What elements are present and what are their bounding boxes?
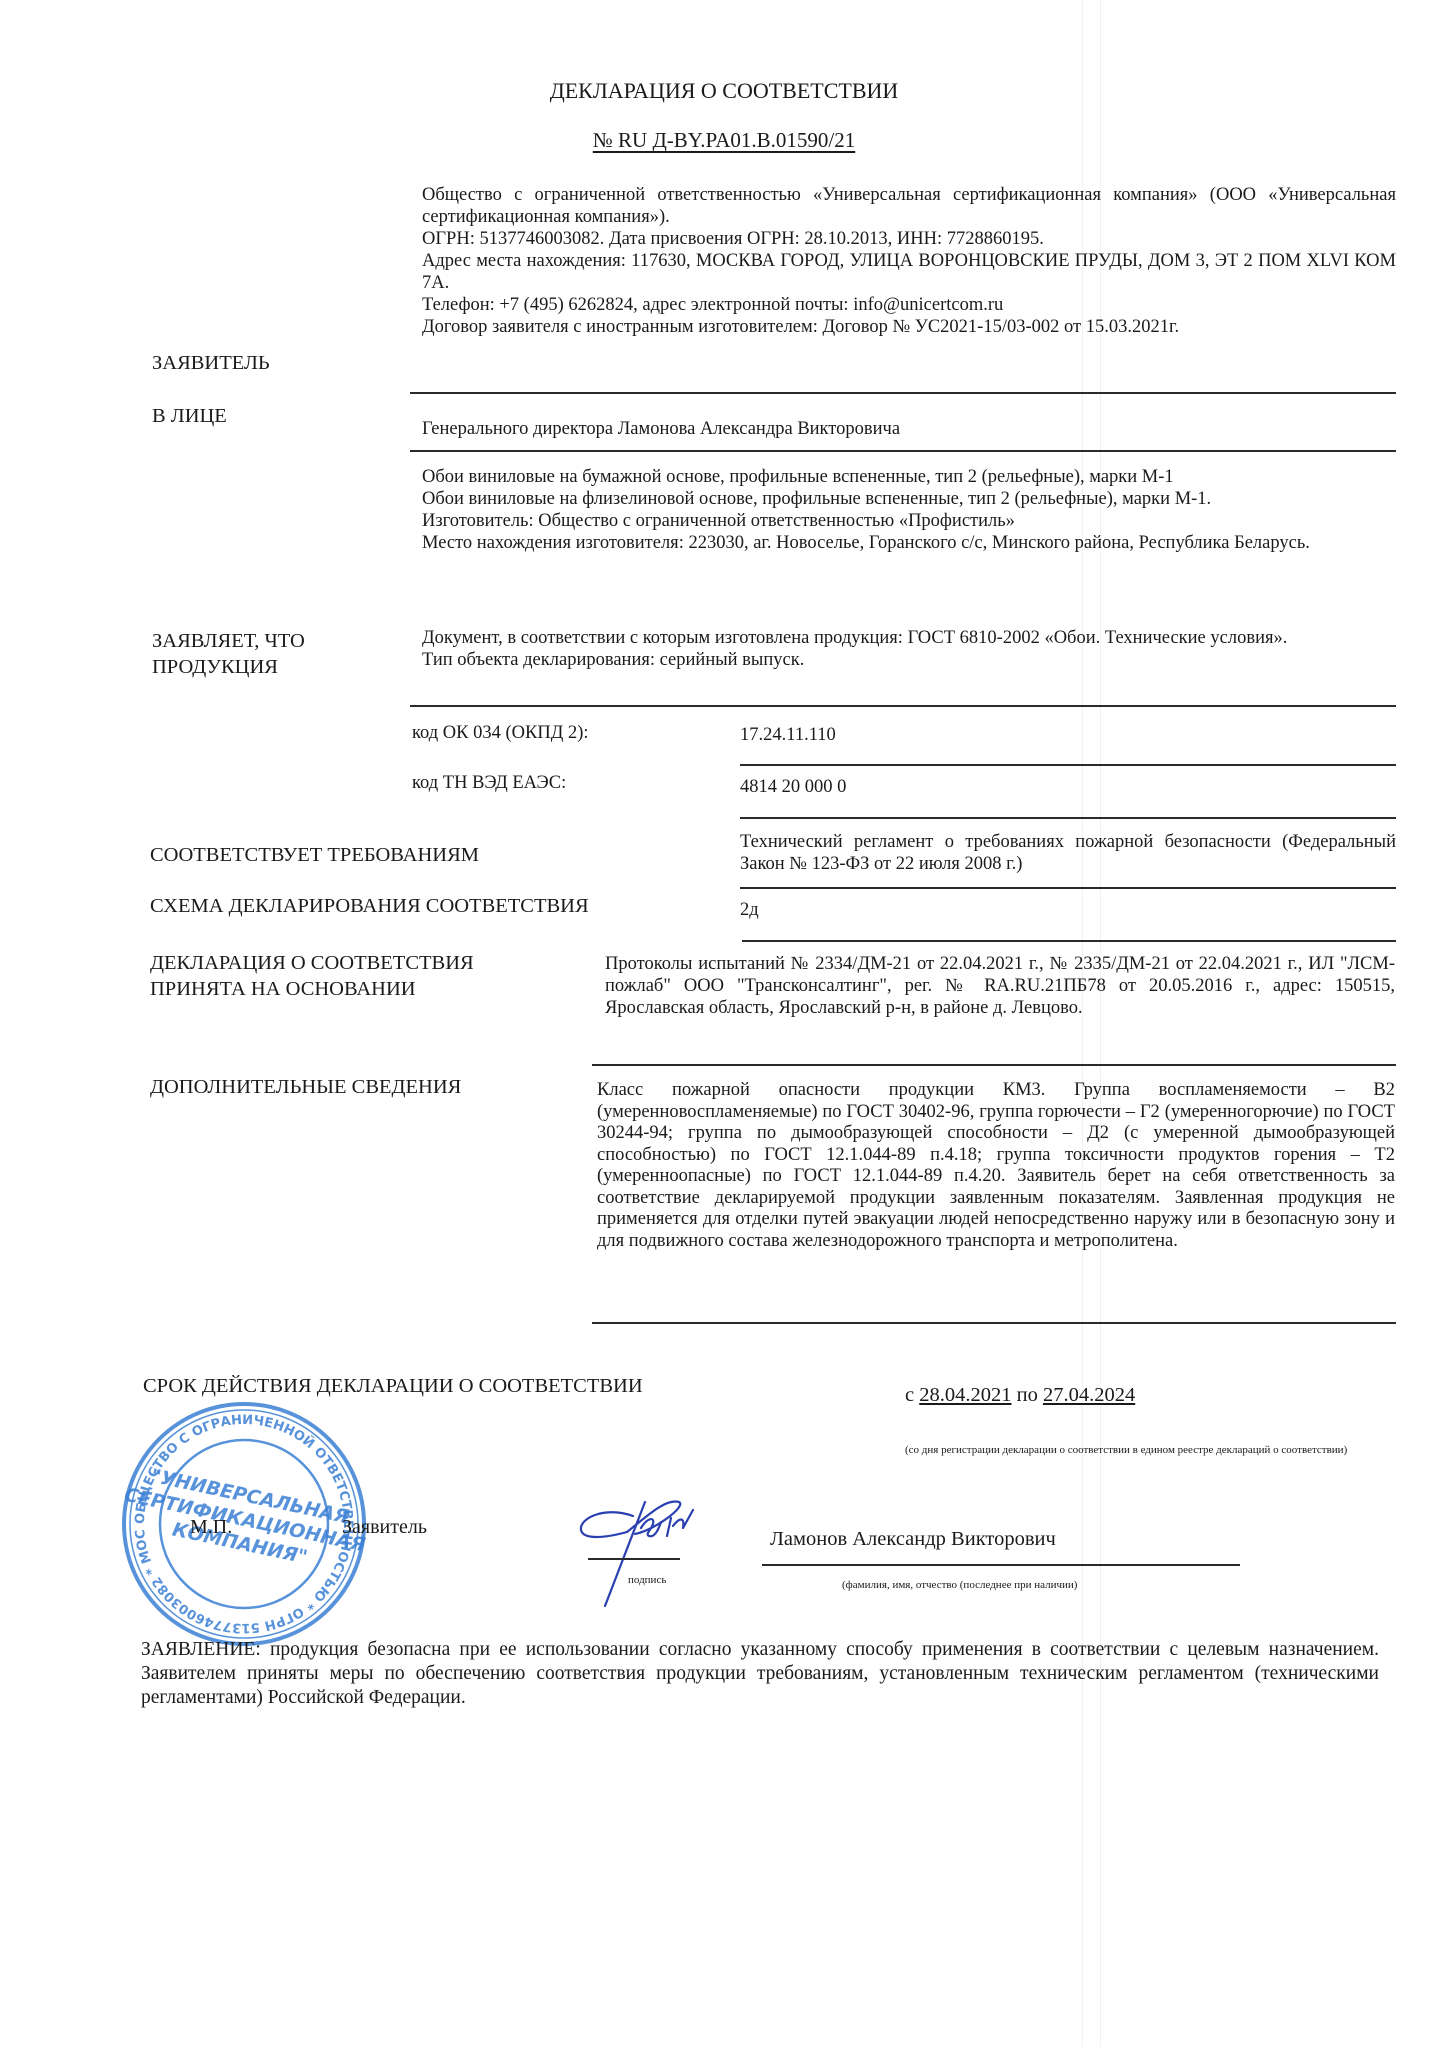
product-line-2: Обои виниловые на флизелиновой основе, п… — [422, 488, 1396, 510]
signature-caption: подпись — [628, 1574, 666, 1586]
divider — [740, 764, 1396, 766]
represented-by-label: В ЛИЦЕ — [152, 403, 227, 429]
code-okpd-label: код ОК 034 (ОКПД 2): — [412, 722, 589, 744]
applicant-label: ЗАЯВИТЕЛЬ — [152, 350, 270, 376]
manufacturer-address: Место нахождения изготовителя: 223030, а… — [422, 532, 1396, 554]
represented-by-value: Генерального директора Ламонова Александ… — [422, 418, 1396, 440]
divider — [740, 887, 1396, 889]
name-caption: (фамилия, имя, отчество (последнее при н… — [842, 1579, 1077, 1591]
basis-label-line-2: ПРИНЯТА НА ОСНОВАНИИ — [150, 976, 474, 1002]
applicant-name: Общество с ограниченной ответственностью… — [422, 184, 1396, 228]
declaration-number-text: № RU Д-BY.PA01.B.01590/21 — [593, 128, 856, 152]
declaration-object-type: Тип объекта декларирования: серийный вып… — [422, 649, 1396, 671]
signature-line — [588, 1558, 680, 1560]
seal-label: М.П. — [190, 1516, 232, 1539]
divider — [592, 1064, 1396, 1066]
validity-from-prefix: с — [905, 1384, 914, 1406]
divider — [410, 392, 1396, 394]
additional-value: Класс пожарной опасности продукции КМ3. … — [597, 1080, 1395, 1252]
signatory-name: Ламонов Александр Викторович — [770, 1528, 1056, 1551]
declaration-number: № RU Д-BY.PA01.B.01590/21 — [0, 128, 1448, 153]
applicant-address: Адрес места нахождения: 117630, МОСКВА Г… — [422, 250, 1396, 294]
code-tnved-value: 4814 20 000 0 — [740, 776, 846, 798]
additional-label: ДОПОЛНИТЕЛЬНЫЕ СВЕДЕНИЯ — [150, 1074, 461, 1100]
product-label: ЗАЯВЛЯЕТ, ЧТО ПРОДУКЦИЯ — [152, 628, 305, 680]
statement-text: ЗАЯВЛЕНИЕ: продукция безопасна при ее ис… — [141, 1638, 1379, 1710]
basis-label-line-1: ДЕКЛАРАЦИЯ О СООТВЕТСТВИЯ — [150, 950, 474, 976]
product-line-1: Обои виниловые на бумажной основе, профи… — [422, 466, 1396, 488]
company-seal-stamp-icon: ОБЩЕСТВО С ОГРАНИЧЕННОЙ ОТВЕТСТВЕННОСТЬЮ… — [120, 1400, 368, 1648]
product-standard: Документ, в соответствии с которым изгот… — [422, 627, 1396, 671]
divider — [410, 705, 1396, 707]
applicant-contract: Договор заявителя с иностранным изготови… — [422, 316, 1396, 338]
validity-label: СРОК ДЕЙСТВИЯ ДЕКЛАРАЦИИ О СООТВЕТСТВИИ — [143, 1373, 643, 1399]
scheme-value: 2д — [740, 899, 759, 921]
divider — [740, 817, 1396, 819]
divider — [410, 450, 1396, 452]
product-label-line-2: ПРОДУКЦИЯ — [152, 654, 305, 680]
applicant-details: Общество с ограниченной ответственностью… — [422, 184, 1396, 338]
validity-to-date: 27.04.2024 — [1043, 1384, 1135, 1406]
basis-value: Протоколы испытаний № 2334/ДМ-21 от 22.0… — [605, 953, 1395, 1019]
divider — [592, 1322, 1396, 1324]
requirements-label: СООТВЕТСТВУЕТ ТРЕБОВАНИЯМ — [150, 842, 479, 868]
handwritten-signature-icon — [575, 1488, 705, 1608]
validity-from-date: 28.04.2021 — [919, 1384, 1011, 1406]
product-standard-doc: Документ, в соответствии с которым изгот… — [422, 627, 1396, 649]
product-details: Обои виниловые на бумажной основе, профи… — [422, 466, 1396, 554]
validity-period: с 28.04.2021 по 27.04.2024 — [905, 1384, 1135, 1407]
manufacturer: Изготовитель: Общество с ограниченной от… — [422, 510, 1396, 532]
scheme-label: СХЕМА ДЕКЛАРИРОВАНИЯ СООТВЕТСТВИЯ — [150, 893, 589, 919]
code-okpd-value: 17.24.11.110 — [740, 724, 836, 746]
validity-to-prefix: по — [1017, 1384, 1038, 1406]
basis-label: ДЕКЛАРАЦИЯ О СООТВЕТСТВИЯ ПРИНЯТА НА ОСН… — [150, 950, 474, 1002]
validity-note: (со дня регистрации декларации о соответ… — [905, 1444, 1383, 1457]
code-tnved-label: код ТН ВЭД ЕАЭС: — [412, 772, 566, 794]
name-line — [762, 1564, 1240, 1566]
requirements-value: Технический регламент о требованиях пожа… — [740, 831, 1396, 875]
divider — [742, 940, 1396, 942]
applicant-contacts: Телефон: +7 (495) 6262824, адрес электро… — [422, 294, 1396, 316]
product-label-line-1: ЗАЯВЛЯЕТ, ЧТО — [152, 628, 305, 654]
document-title: ДЕКЛАРАЦИЯ О СООТВЕТСТВИИ — [0, 78, 1448, 104]
applicant-ogrn: ОГРН: 5137746003082. Дата присвоения ОГР… — [422, 228, 1396, 250]
applicant-signature-label: Заявитель — [342, 1516, 427, 1539]
